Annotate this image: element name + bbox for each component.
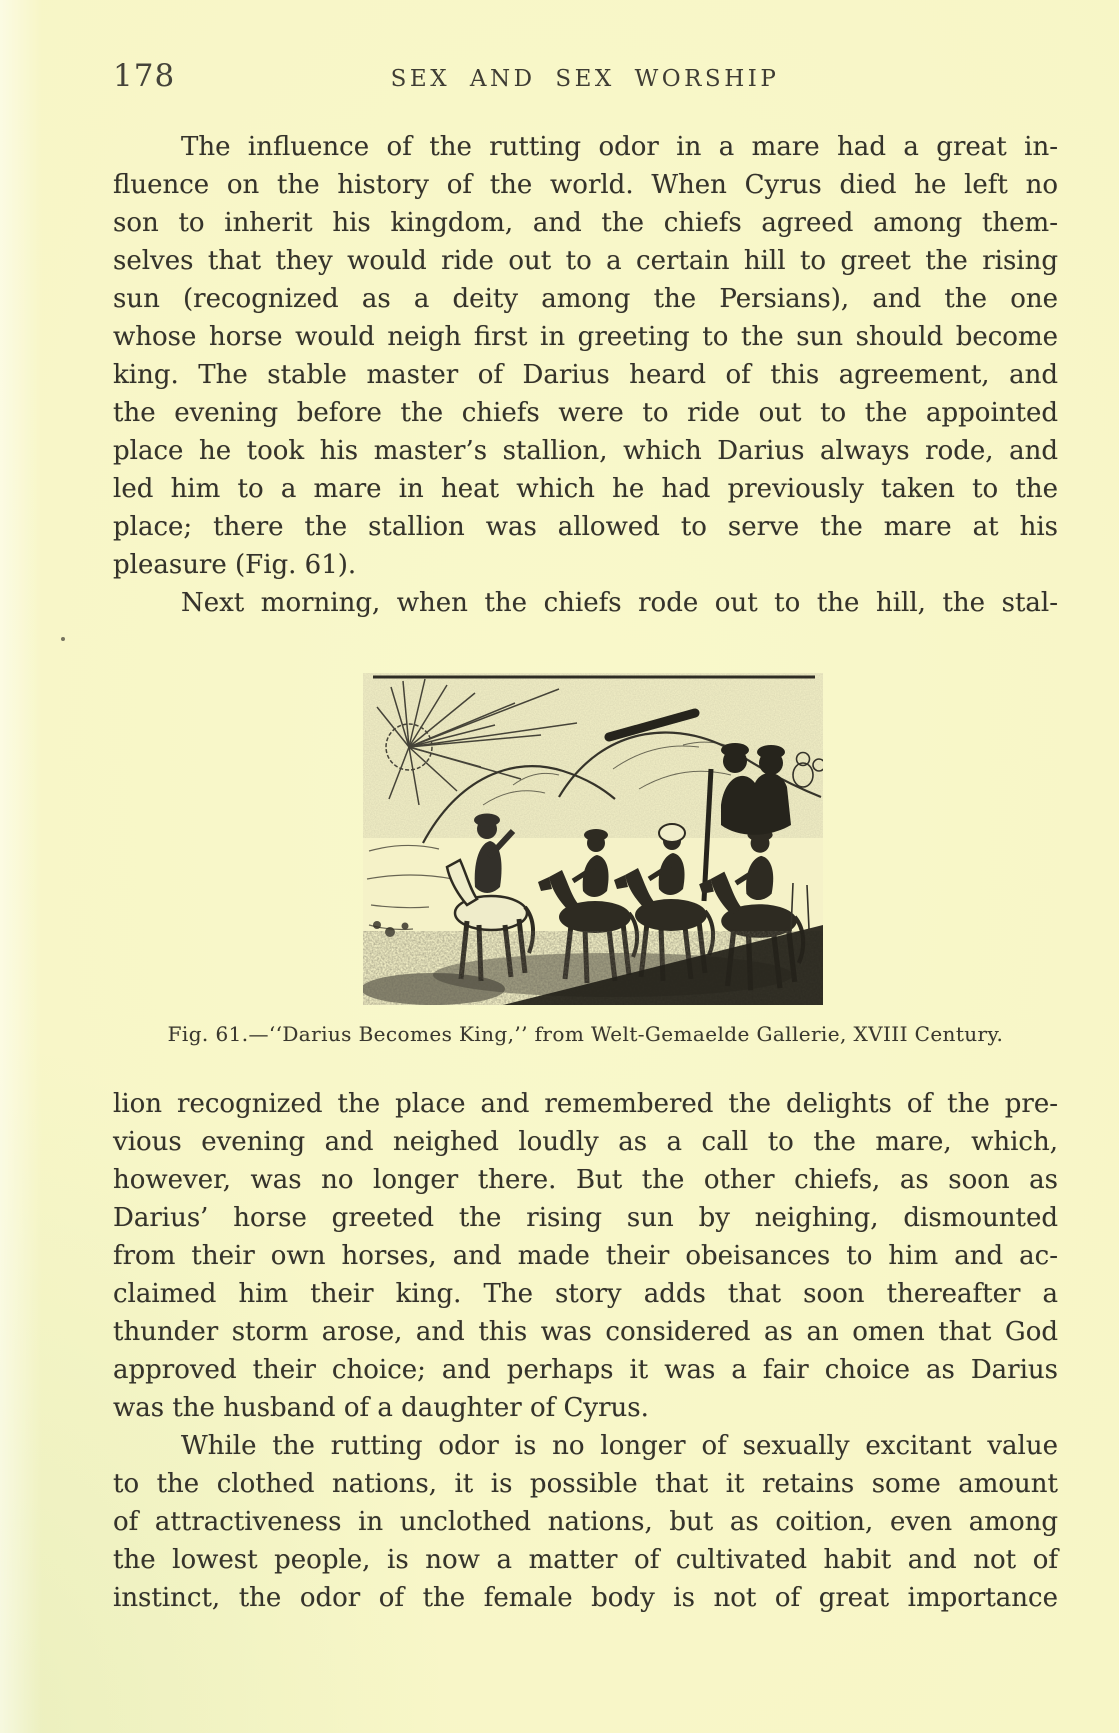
figure-engraving — [363, 673, 823, 1005]
figure-caption: Fig. 61.—‘‘Darius Becomes King,’’ from W… — [113, 1022, 1058, 1046]
text-line: claimed him their king. The story adds t… — [113, 1275, 1058, 1313]
engraving-illustration — [363, 673, 823, 1005]
text-line: fluence on the history of the world. Whe… — [113, 166, 1058, 204]
text-line: king. The stable master of Darius heard … — [113, 356, 1058, 394]
text-line: was the husband of a daughter of Cyrus. — [113, 1389, 1058, 1427]
text-line: the lowest people, is now a matter of cu… — [113, 1541, 1058, 1579]
text-line: sun (recognized as a deity among the Per… — [113, 280, 1058, 318]
paragraph-block-b: lion recognized the place and remembered… — [113, 1085, 1058, 1617]
text-line: vious evening and neighed loudly as a ca… — [113, 1123, 1058, 1161]
book-page: 178 SEX AND SEX WORSHIP The influence of… — [0, 0, 1119, 1733]
white-turban — [659, 824, 685, 842]
text-line: thunder storm arose, and this was consid… — [113, 1313, 1058, 1351]
text-line: Next morning, when the chiefs rode out t… — [113, 584, 1058, 622]
text-line: pleasure (Fig. 61). — [113, 546, 1058, 584]
ground — [363, 925, 823, 1005]
text-line: lion recognized the place and remembered… — [113, 1085, 1058, 1123]
text-line: approved their choice; and perhaps it wa… — [113, 1351, 1058, 1389]
text-line: selves that they would ride out to a cer… — [113, 242, 1058, 280]
text-line: place; there the stallion was allowed to… — [113, 508, 1058, 546]
running-head: SEX AND SEX WORSHIP — [51, 66, 1119, 92]
text-line: however, was no longer there. But the ot… — [113, 1161, 1058, 1199]
paragraph-block-a: The influence of the rutting odor in a m… — [113, 128, 1058, 622]
text-line: While the rutting odor is no longer of s… — [113, 1427, 1058, 1465]
text-line: to the clothed nations, it is possible t… — [113, 1465, 1058, 1503]
text-line: instinct, the odor of the female body is… — [113, 1579, 1058, 1617]
text-line: son to inherit his kingdom, and the chie… — [113, 204, 1058, 242]
text-line: the evening before the chiefs were to ri… — [113, 394, 1058, 432]
text-line: Darius’ horse greeted the rising sun by … — [113, 1199, 1058, 1237]
text-line: of attractiveness in unclothed nations, … — [113, 1503, 1058, 1541]
text-line: The influence of the rutting odor in a m… — [113, 128, 1058, 166]
text-line: led him to a mare in heat which he had p… — [113, 470, 1058, 508]
print-speck — [61, 637, 65, 641]
text-line: from their own horses, and made their ob… — [113, 1237, 1058, 1275]
text-line: whose horse would neigh first in greetin… — [113, 318, 1058, 356]
text-line: place he took his master’s stallion, whi… — [113, 432, 1058, 470]
